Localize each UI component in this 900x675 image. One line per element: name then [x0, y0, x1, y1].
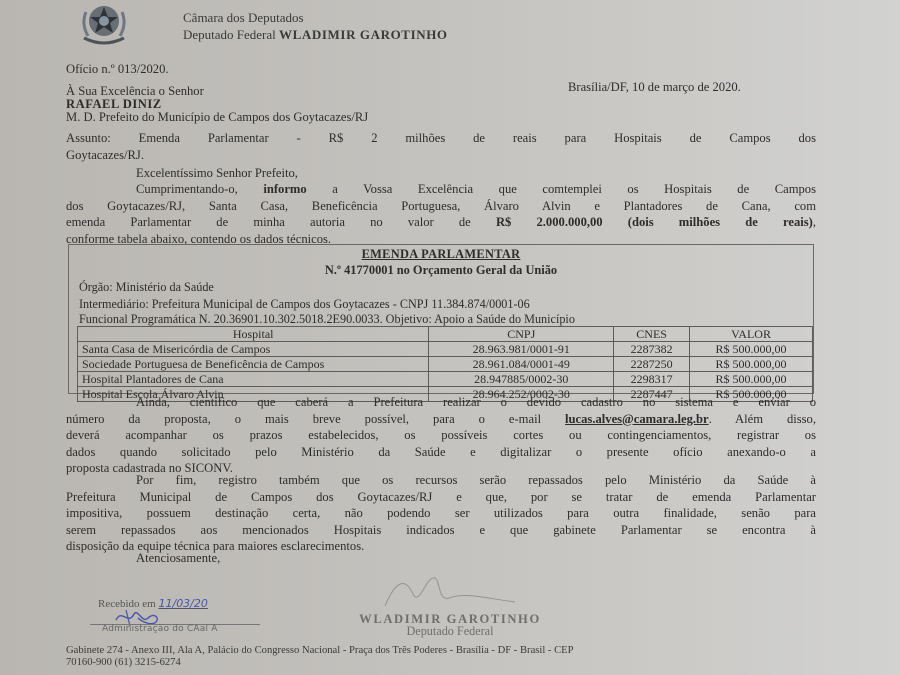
- subject-line: Goytacazes/RJ.: [66, 147, 816, 164]
- table-header-row: Hospital CNPJ CNES VALOR: [78, 327, 813, 342]
- hospital-cnpj: 28.963.981/0001-91: [429, 342, 614, 357]
- place-date: Brasília/DF, 10 de março de 2020.: [568, 80, 741, 95]
- paragraph-line: Ainda, científico que caberá a Prefeitur…: [66, 394, 816, 411]
- contact-email-link[interactable]: lucas.alves@camara.leg.br: [565, 412, 709, 426]
- recipient-title: M. D. Prefeito do Município de Campos do…: [66, 110, 368, 125]
- paragraph-line: serem repassados aos mencionados Hospita…: [66, 522, 816, 539]
- signature-scribble-icon: [375, 572, 555, 612]
- amendment-box: EMENDA PARLAMENTAR N.º 41770001 no Orçam…: [68, 244, 814, 394]
- paragraph-line: deverá acompanhar os prazos estabelecido…: [66, 427, 816, 444]
- hospital-valor: R$ 500.000,00: [690, 357, 813, 372]
- greeting: Excelentíssimo Senhor Prefeito,: [136, 166, 298, 181]
- paragraph-line: dos Goytacazes/RJ, Santa Casa, Beneficên…: [66, 198, 816, 215]
- hospital-cnes: 2287382: [614, 342, 690, 357]
- hospital-valor: R$ 500.000,00: [690, 372, 813, 387]
- hospital-name: Santa Casa de Misericórdia de Campos: [78, 342, 429, 357]
- letter-page: Câmara dos Deputados Deputado Federal WL…: [0, 0, 900, 675]
- paragraph-line: impositiva, possuem destinação certa, nã…: [66, 505, 816, 522]
- document-reference: Ofício n.º 013/2020.: [66, 62, 169, 77]
- role-prefix: Deputado Federal: [183, 27, 276, 42]
- paragraph-line: Prefeitura Municipal de Campos dos Goyta…: [66, 489, 816, 506]
- hospital-cnes: 2298317: [614, 372, 690, 387]
- paragraph-registration: Ainda, científico que caberá a Prefeitur…: [66, 394, 816, 477]
- hospital-name: Sociedade Portuguesa de Beneficência de …: [78, 357, 429, 372]
- hospital-valor: R$ 500.000,00: [690, 342, 813, 357]
- column-header: VALOR: [690, 327, 813, 342]
- subject: Assunto: Emenda Parlamentar - R$ 2 milhõ…: [66, 130, 816, 163]
- table-row: Sociedade Portuguesa de Beneficência de …: [78, 357, 813, 372]
- signature-role: Deputado Federal: [320, 624, 580, 639]
- column-header: CNES: [614, 327, 690, 342]
- deputy-name: WLADIMIR GAROTINHO: [279, 27, 448, 42]
- table-row: Santa Casa de Misericórdia de Campos 28.…: [78, 342, 813, 357]
- paragraph-intro: Cumprimentando-o, informo a Vossa Excelê…: [66, 181, 816, 247]
- paragraph-line: Por fim, registro também que os recursos…: [66, 472, 816, 489]
- hospital-cnes: 2287250: [614, 357, 690, 372]
- column-header: Hospital: [78, 327, 429, 342]
- hospital-cnpj: 28.947885/0002-30: [429, 372, 614, 387]
- receipt-date: 11/03/20: [158, 597, 207, 610]
- paragraph-final: Por fim, registro também que os recursos…: [66, 472, 816, 555]
- receipt-department: Administração do CAal A: [102, 624, 218, 634]
- subject-line: Assunto: Emenda Parlamentar - R$ 2 milhõ…: [66, 130, 816, 147]
- hospital-table: Hospital CNPJ CNES VALOR Santa Casa de M…: [77, 326, 813, 402]
- letterhead-deputy: Deputado Federal WLADIMIR GAROTINHO: [183, 27, 448, 43]
- paragraph-line: número da proposta, o mais breve possíve…: [66, 411, 816, 428]
- closing: Atenciosamente,: [136, 551, 220, 566]
- institution-name: Câmara dos Deputados: [183, 10, 304, 26]
- amendment-funcional: Funcional Programática N. 20.36901.10.30…: [79, 312, 575, 327]
- hospital-name: Hospital Plantadores de Cana: [78, 372, 429, 387]
- hospital-cnpj: 28.961.084/0001-49: [429, 357, 614, 372]
- paragraph-line: Cumprimentando-o, informo a Vossa Excelê…: [66, 181, 816, 198]
- footer-line: Gabinete 274 - Anexo III, Ala A, Palácio…: [66, 645, 574, 657]
- brazil-coat-of-arms-icon: [78, 2, 130, 46]
- amendment-title: EMENDA PARLAMENTAR: [69, 247, 813, 262]
- paragraph-line: emenda Parlamentar de minha autoria no v…: [66, 214, 816, 231]
- amendment-intermediario: Intermediário: Prefeitura Municipal de C…: [79, 297, 530, 312]
- amendment-number: N.º 41770001 no Orçamento Geral da União: [69, 263, 813, 278]
- footer-line: 70160-900 (61) 3215-6274: [66, 657, 574, 669]
- paragraph-line: dados quando solicitado pelo Ministério …: [66, 444, 816, 461]
- amendment-orgao: Órgão: Ministério da Saúde: [79, 280, 214, 295]
- column-header: CNPJ: [429, 327, 614, 342]
- footer-address: Gabinete 274 - Anexo III, Ala A, Palácio…: [66, 645, 574, 669]
- table-row: Hospital Plantadores de Cana 28.947885/0…: [78, 372, 813, 387]
